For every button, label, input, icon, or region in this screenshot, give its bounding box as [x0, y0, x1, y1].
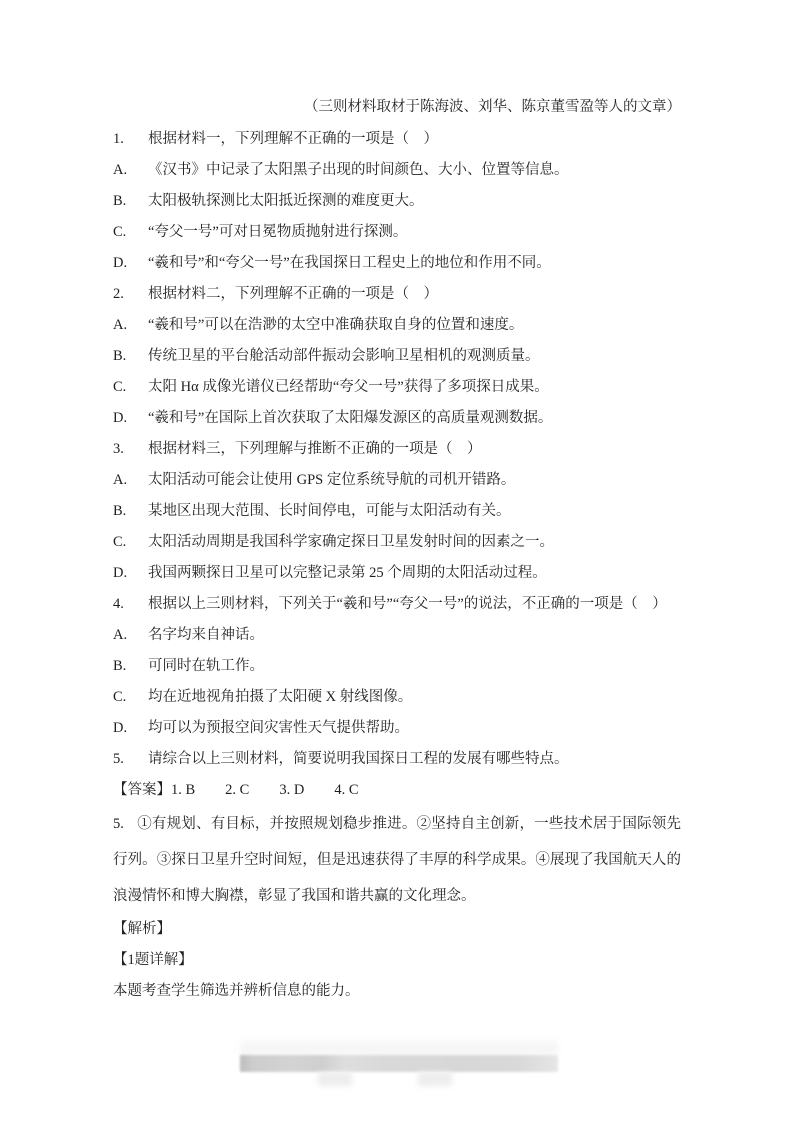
question-2-option-d: D.“羲和号”在国际上首次获取了太阳爆发源区的高质量观测数据。 — [113, 403, 681, 434]
option-text: 某地区出现大范围、长时间停电，可能与太阳活动有关。 — [148, 503, 511, 519]
option-label: C. — [113, 682, 148, 713]
analysis-q1-text: 本题考查学生筛选并辨析信息的能力。 — [113, 976, 681, 1007]
redacted-watermark-bar — [240, 1055, 558, 1072]
option-text: 太阳 Hα 成像光谱仪已经帮助“夸父一号”获得了多项探日成果。 — [148, 379, 549, 395]
watermark-smudge — [418, 1072, 452, 1086]
option-text: “羲和号”在国际上首次获取了太阳爆发源区的高质量观测数据。 — [148, 410, 552, 426]
question-stem-text: 根据以上三则材料，下列关于“羲和号”“夸父一号”的说法，不正确的一项是（ ） — [148, 596, 667, 612]
option-label: D. — [113, 713, 148, 744]
option-text: 我国两颗探日卫星可以完整记录第 25 个周期的太阳活动过程。 — [148, 565, 547, 581]
answer-key-line: 【答案】1. B2. C3. D4. C — [113, 775, 681, 806]
question-2-option-a: A.“羲和号”可以在浩渺的太空中准确获取自身的位置和速度。 — [113, 310, 681, 341]
question-4-option-a: A.名字均来自神话。 — [113, 620, 681, 651]
option-text: 《汉书》中记录了太阳黑子出现的时间颜色、大小、位置等信息。 — [148, 162, 569, 178]
question-number: 1. — [113, 124, 148, 155]
option-label: D. — [113, 248, 148, 279]
option-text: “羲和号”和“夸父一号”在我国探日工程史上的地位和作用不同。 — [148, 255, 551, 271]
question-2-option-c: C.太阳 Hα 成像光谱仪已经帮助“夸父一号”获得了多项探日成果。 — [113, 372, 681, 403]
question-3-stem: 3.根据材料三，下列理解与推断不正确的一项是（ ） — [113, 434, 681, 465]
answer-key-label: 【答案】 — [113, 775, 171, 806]
option-text: “夸父一号”可对日冕物质抛射进行探测。 — [148, 224, 407, 240]
question-3-option-a: A.太阳活动可能会让使用 GPS 定位系统导航的司机开错路。 — [113, 465, 681, 496]
option-text: 名字均来自神话。 — [148, 627, 264, 643]
option-label: A. — [113, 620, 148, 651]
question-3-option-b: B.某地区出现大范围、长时间停电，可能与太阳活动有关。 — [113, 496, 681, 527]
question-4-option-c: C.均在近地视角拍摄了太阳硬 X 射线图像。 — [113, 682, 681, 713]
option-text: 太阳极轨探测比太阳抵近探测的难度更大。 — [148, 193, 424, 209]
question-4-option-d: D.均可以为预报空间灾害性天气提供帮助。 — [113, 713, 681, 744]
question-3-option-d: D.我国两颗探日卫星可以完整记录第 25 个周期的太阳活动过程。 — [113, 558, 681, 589]
option-text: “羲和号”可以在浩渺的太空中准确获取自身的位置和速度。 — [148, 317, 523, 333]
question-1-option-d: D.“羲和号”和“夸父一号”在我国探日工程史上的地位和作用不同。 — [113, 248, 681, 279]
option-text: 均在近地视角拍摄了太阳硬 X 射线图像。 — [148, 689, 412, 705]
option-label: A. — [113, 465, 148, 496]
question-1-option-a: A.《汉书》中记录了太阳黑子出现的时间颜色、大小、位置等信息。 — [113, 155, 681, 186]
question-1-option-c: C.“夸父一号”可对日冕物质抛射进行探测。 — [113, 217, 681, 248]
answer-item-3: 3. D — [279, 775, 304, 806]
option-label: B. — [113, 341, 148, 372]
question-1-option-b: B.太阳极轨探测比太阳抵近探测的难度更大。 — [113, 186, 681, 217]
watermark-smudge — [318, 1072, 352, 1086]
option-label: B. — [113, 496, 148, 527]
option-text: 可同时在轨工作。 — [148, 658, 264, 674]
option-label: C. — [113, 217, 148, 248]
watermark-halo — [240, 1041, 558, 1055]
question-stem-text: 请综合以上三则材料，简要说明我国探日工程的发展有哪些特点。 — [148, 751, 569, 767]
option-text: 太阳活动可能会让使用 GPS 定位系统导航的司机开错路。 — [148, 472, 515, 488]
option-label: A. — [113, 310, 148, 341]
option-label: B. — [113, 651, 148, 682]
exam-document-page: （三则材料取材于陈海波、刘华、陈京董雪盈等人的文章） 1.根据材料一，下列理解不… — [0, 0, 793, 1122]
option-text: 太阳活动周期是我国科学家确定探日卫星发射时间的因素之一。 — [148, 534, 554, 550]
option-label: C. — [113, 527, 148, 558]
answer-item-4: 4. C — [334, 775, 358, 806]
analysis-heading: 【解析】 — [113, 914, 681, 945]
option-text: 传统卫星的平台舱活动部件振动会影响卫星相机的观测质量。 — [148, 348, 540, 364]
question-2-stem: 2.根据材料二，下列理解不正确的一项是（ ） — [113, 279, 681, 310]
analysis-q1-heading: 【1题详解】 — [113, 945, 681, 976]
option-label: B. — [113, 186, 148, 217]
question-5-stem: 5.请综合以上三则材料，简要说明我国探日工程的发展有哪些特点。 — [113, 744, 681, 775]
question-stem-text: 根据材料一，下列理解不正确的一项是（ ） — [148, 131, 438, 147]
question-stem-text: 根据材料三，下列理解与推断不正确的一项是（ ） — [148, 441, 482, 457]
option-label: D. — [113, 403, 148, 434]
option-label: D. — [113, 558, 148, 589]
option-label: C. — [113, 372, 148, 403]
question-3-option-c: C.太阳活动周期是我国科学家确定探日卫星发射时间的因素之一。 — [113, 527, 681, 558]
question-number: 4. — [113, 589, 148, 620]
option-label: A. — [113, 155, 148, 186]
option-text: 均可以为预报空间灾害性天气提供帮助。 — [148, 720, 409, 736]
question-number: 5. — [113, 744, 148, 775]
question-4-option-b: B.可同时在轨工作。 — [113, 651, 681, 682]
question-1-stem: 1.根据材料一，下列理解不正确的一项是（ ） — [113, 124, 681, 155]
document-content: （三则材料取材于陈海波、刘华、陈京董雪盈等人的文章） 1.根据材料一，下列理解不… — [113, 90, 681, 1007]
material-source-note: （三则材料取材于陈海波、刘华、陈京董雪盈等人的文章） — [113, 90, 681, 124]
question-stem-text: 根据材料二，下列理解不正确的一项是（ ） — [148, 286, 438, 302]
answer-5-text: ①有规划、有目标，并按照规划稳步推进。②坚持自主创新，一些技术居于国际领先行列。… — [113, 816, 681, 904]
answer-5-number: 5. — [113, 806, 137, 842]
question-number: 3. — [113, 434, 148, 465]
answer-item-1: 1. B — [171, 775, 195, 806]
answer-5-paragraph: 5.①有规划、有目标，并按照规划稳步推进。②坚持自主创新，一些技术居于国际领先行… — [113, 806, 681, 914]
question-2-option-b: B.传统卫星的平台舱活动部件振动会影响卫星相机的观测质量。 — [113, 341, 681, 372]
question-4-stem: 4.根据以上三则材料，下列关于“羲和号”“夸父一号”的说法，不正确的一项是（ ） — [113, 589, 681, 620]
answer-item-2: 2. C — [225, 775, 249, 806]
question-number: 2. — [113, 279, 148, 310]
